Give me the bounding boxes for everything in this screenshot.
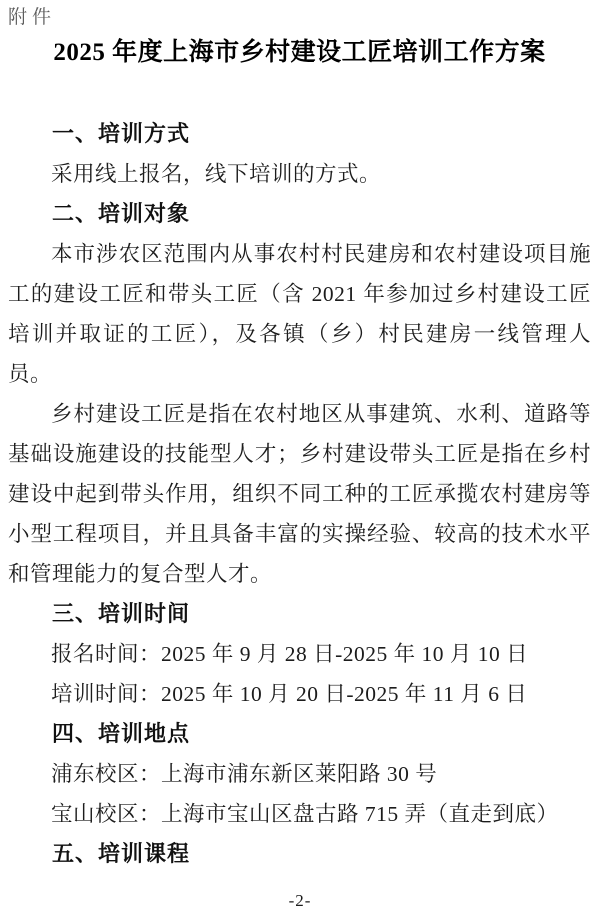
section-heading-training-location: 四、培训地点 <box>8 714 591 754</box>
paragraph: 采用线上报名，线下培训的方式。 <box>8 154 591 194</box>
paragraph: 乡村建设工匠是指在农村地区从事建筑、水利、道路等基础设施建设的技能型人才；乡村建… <box>8 394 591 594</box>
document-title: 2025 年度上海市乡村建设工匠培训工作方案 <box>8 36 591 69</box>
paragraph-pudong-campus: 浦东校区：上海市浦东新区莱阳路 30 号 <box>8 754 591 794</box>
section-heading-training-course: 五、培训课程 <box>8 834 591 874</box>
section-heading-training-target: 二、培训对象 <box>8 194 591 234</box>
section-heading-training-time: 三、培训时间 <box>8 594 591 634</box>
paragraph-registration-time: 报名时间：2025 年 9 月 28 日-2025 年 10 月 10 日 <box>8 634 591 674</box>
paragraph: 本市涉农区范围内从事农村村民建房和农村建设项目施工的建设工匠和带头工匠（含 20… <box>8 234 591 394</box>
document-body: 一、培训方式 采用线上报名，线下培训的方式。 二、培训对象 本市涉农区范围内从事… <box>8 114 591 874</box>
page-number: -2- <box>0 891 600 911</box>
section-heading-training-method: 一、培训方式 <box>8 114 591 154</box>
paragraph-training-time: 培训时间：2025 年 10 月 20 日-2025 年 11 月 6 日 <box>8 674 591 714</box>
paragraph-baoshan-campus: 宝山校区：上海市宝山区盘古路 715 弄（直走到底） <box>8 794 591 834</box>
attachment-label: 附件 <box>8 5 591 31</box>
document-page: 附件 2025 年度上海市乡村建设工匠培训工作方案 一、培训方式 采用线上报名，… <box>0 0 600 919</box>
